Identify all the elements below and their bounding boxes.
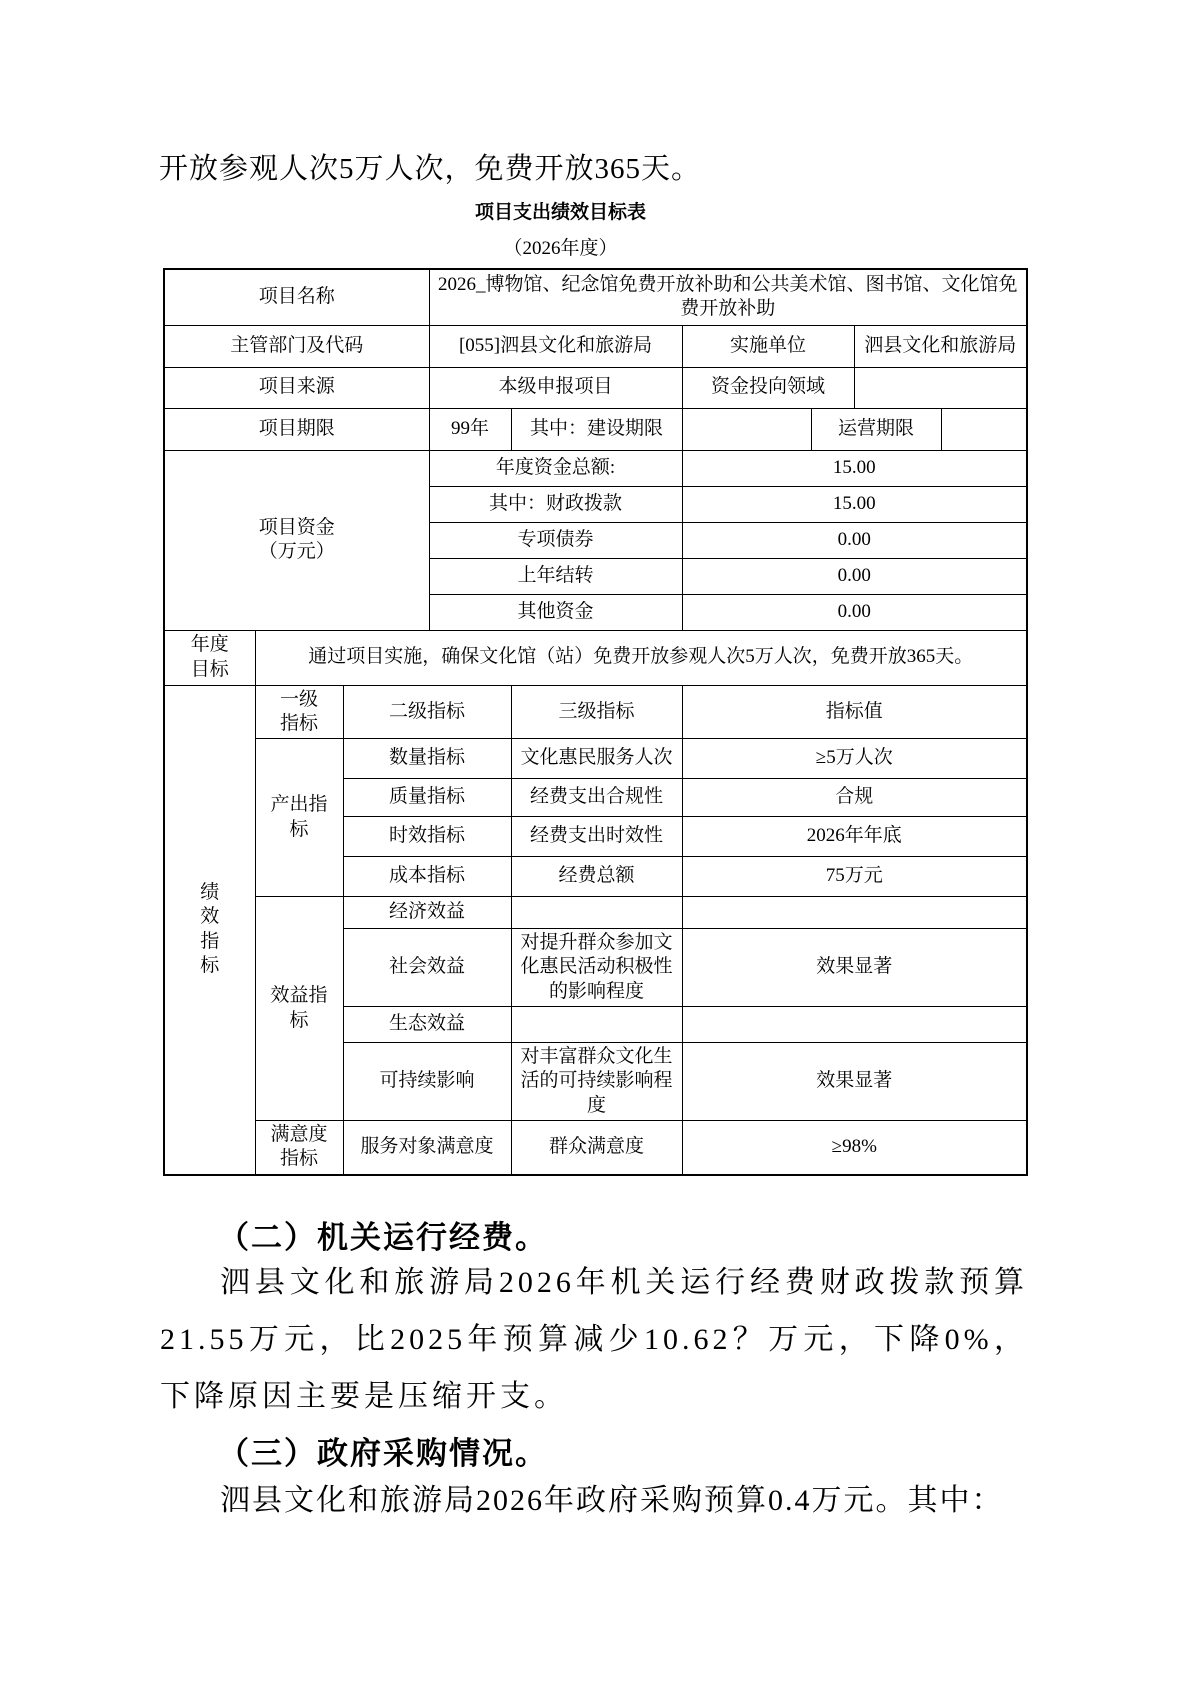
output-group-label: 产出指 标 — [255, 739, 343, 897]
satisfaction-group-label: 满意度 指标 — [255, 1121, 343, 1175]
perf-value: 效果显著 — [682, 929, 1027, 1007]
perf-label: 绩 效 指 标 — [164, 685, 255, 1175]
fund-direction-value — [854, 367, 1027, 408]
fund-row-label: 专项债券 — [429, 522, 682, 558]
row-source: 项目来源 本级申报项目 资金投向领域 — [164, 367, 1027, 408]
operate-period-label: 运营期限 — [811, 408, 941, 450]
dept-label: 主管部门及代码 — [164, 325, 429, 367]
operate-period-value — [941, 408, 1027, 450]
perf-value: 合规 — [682, 779, 1027, 817]
row-perf-quantity: 产出指 标 数量指标 文化惠民服务人次 ≥5万人次 — [164, 739, 1027, 779]
benefit-group-label: 效益指 标 — [255, 897, 343, 1121]
perf-l2: 生态效益 — [343, 1007, 511, 1043]
fund-row-value: 15.00 — [682, 486, 1027, 522]
perf-value: 2026年年底 — [682, 817, 1027, 857]
funds-label: 项目资金 （万元） — [164, 450, 429, 630]
row-perf-economic: 效益指 标 经济效益 — [164, 897, 1027, 929]
fund-row-value: 0.00 — [682, 594, 1027, 630]
perf-l3: 经费支出合规性 — [511, 779, 682, 817]
perf-value: ≥5万人次 — [682, 739, 1027, 779]
perf-header-l2: 二级指标 — [343, 685, 511, 739]
fund-row-label: 年度资金总额: — [429, 450, 682, 486]
row-department: 主管部门及代码 [055]泗县文化和旅游局 实施单位 泗县文化和旅游局 — [164, 325, 1027, 367]
perf-l2: 服务对象满意度 — [343, 1121, 511, 1175]
source-label: 项目来源 — [164, 367, 429, 408]
fund-row-value: 0.00 — [682, 558, 1027, 594]
perf-value: 75万元 — [682, 857, 1027, 897]
perf-l3: 群众满意度 — [511, 1121, 682, 1175]
annual-goal-label: 年度 目标 — [164, 630, 255, 685]
perf-l3: 经费支出时效性 — [511, 817, 682, 857]
perf-l2: 成本指标 — [343, 857, 511, 897]
perf-l3: 对提升群众参加文化惠民活动积极性的影响程度 — [511, 929, 682, 1007]
table-title: 项目支出绩效目标表 — [163, 197, 958, 224]
project-name-label: 项目名称 — [164, 269, 429, 325]
source-value: 本级申报项目 — [429, 367, 682, 408]
perf-l3: 对丰富群众文化生活的可持续影响程度 — [511, 1043, 682, 1121]
fund-row-label: 其他资金 — [429, 594, 682, 630]
annual-goal-value: 通过项目实施，确保文化馆（站）免费开放参观人次5万人次，免费开放365天。 — [255, 630, 1027, 685]
fund-row-label: 上年结转 — [429, 558, 682, 594]
fund-row-value: 0.00 — [682, 522, 1027, 558]
perf-header-l1: 一级 指标 — [255, 685, 343, 739]
row-perf-satisfaction: 满意度 指标 服务对象满意度 群众满意度 ≥98% — [164, 1121, 1027, 1175]
perf-value — [682, 1007, 1027, 1043]
perf-value: 效果显著 — [682, 1043, 1027, 1121]
row-project-name: 项目名称 2026_博物馆、纪念馆免费开放补助和公共美术馆、图书馆、文化馆免费开… — [164, 269, 1027, 325]
perf-l2: 可持续影响 — [343, 1043, 511, 1121]
project-name-value: 2026_博物馆、纪念馆免费开放补助和公共美术馆、图书馆、文化馆免费开放补助 — [429, 269, 1027, 325]
build-period-value — [682, 408, 811, 450]
perf-l3 — [511, 897, 682, 929]
perf-value: ≥98% — [682, 1121, 1027, 1175]
section-paragraph-3: 泗县文化和旅游局2026年政府采购预算0.4万元。其中： — [160, 1472, 1040, 1529]
row-annual-goal: 年度 目标 通过项目实施，确保文化馆（站）免费开放参观人次5万人次，免费开放36… — [164, 630, 1027, 685]
perf-l3 — [511, 1007, 682, 1043]
build-period-label: 其中：建设期限 — [511, 408, 682, 450]
period-label: 项目期限 — [164, 408, 429, 450]
perf-l2: 社会效益 — [343, 929, 511, 1007]
perf-l3: 经费总额 — [511, 857, 682, 897]
perf-value — [682, 897, 1027, 929]
row-period: 项目期限 99年 其中：建设期限 运营期限 — [164, 408, 1027, 450]
section-heading-2: （二）机关运行经费。 — [218, 1212, 548, 1257]
period-value: 99年 — [429, 408, 511, 450]
perf-l2: 数量指标 — [343, 739, 511, 779]
table-subtitle: （2026年度） — [163, 233, 958, 260]
perf-l2: 时效指标 — [343, 817, 511, 857]
fund-row-value: 15.00 — [682, 450, 1027, 486]
section-paragraph-2: 泗县文化和旅游局2026年机关运行经费财政拨款预算21.55万元，比2025年预… — [160, 1254, 1028, 1425]
row-fund-total: 项目资金 （万元） 年度资金总额: 15.00 — [164, 450, 1027, 486]
perf-header-l3: 三级指标 — [511, 685, 682, 739]
performance-target-table: 项目名称 2026_博物馆、纪念馆免费开放补助和公共美术馆、图书馆、文化馆免费开… — [163, 268, 1028, 1176]
perf-l2: 经济效益 — [343, 897, 511, 929]
impl-value: 泗县文化和旅游局 — [854, 325, 1027, 367]
perf-l2: 质量指标 — [343, 779, 511, 817]
perf-header-value: 指标值 — [682, 685, 1027, 739]
impl-label: 实施单位 — [682, 325, 854, 367]
perf-l3: 文化惠民服务人次 — [511, 739, 682, 779]
dept-value: [055]泗县文化和旅游局 — [429, 325, 682, 367]
row-perf-header: 绩 效 指 标 一级 指标 二级指标 三级指标 指标值 — [164, 685, 1027, 739]
fund-direction-label: 资金投向领域 — [682, 367, 854, 408]
fund-row-label: 其中：财政拨款 — [429, 486, 682, 522]
intro-line: 开放参观人次5万人次，免费开放365天。 — [159, 146, 701, 187]
section-heading-3: （三）政府采购情况。 — [218, 1428, 548, 1473]
